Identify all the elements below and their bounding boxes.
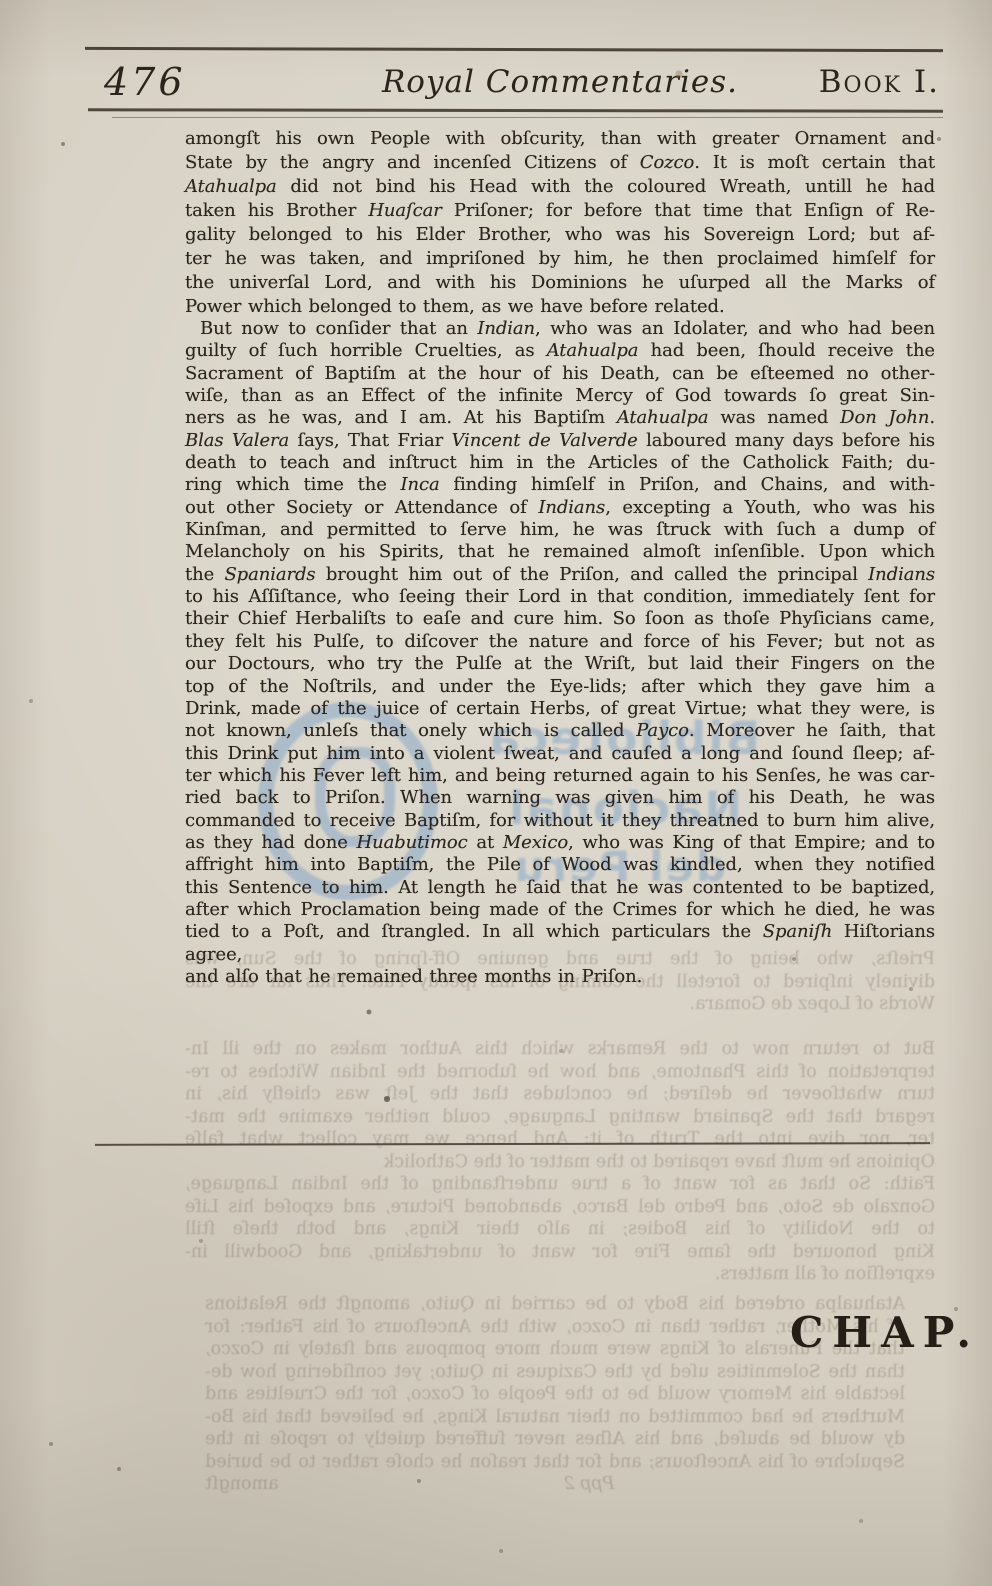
bleedthrough-signature-line: Ppp 2 amongſt bbox=[205, 1473, 905, 1496]
text-line: King honoured the ſame Fire for want of … bbox=[185, 1241, 935, 1264]
text-line: their Chief Herbaliſts to eaſe and cure … bbox=[185, 608, 935, 630]
text-line: ners as he was, and I am. At his Baptiſm… bbox=[185, 407, 935, 429]
bleedthrough-text-upper: Prieſts, who being of the true and genui… bbox=[185, 948, 935, 1286]
text-line: turn whatſoever he deſired; he concludes… bbox=[185, 1083, 935, 1106]
text-line: affright him into Baptiſm, the Pile of W… bbox=[185, 854, 935, 876]
text-line: Sacrament of Baptiſm at the hour of his … bbox=[185, 363, 935, 385]
text-line: amongſt his own People with obſcurity, t… bbox=[185, 127, 935, 151]
text-line: ter, nor dive into the Truth of it: And … bbox=[185, 1128, 935, 1151]
paragraph-1: amongſt his own People with obſcurity, t… bbox=[185, 127, 935, 319]
text-line: Opinions he muſt have repaired to the ma… bbox=[185, 1151, 935, 1174]
chapter-heading: CHAP. bbox=[790, 1308, 980, 1357]
text-line bbox=[185, 1016, 935, 1039]
text-line: and alſo that he remained three months i… bbox=[185, 966, 935, 988]
text-line: this Sentence to him. At length he ſaid … bbox=[185, 877, 935, 899]
text-line: gality belonged to his Elder Brother, wh… bbox=[185, 223, 935, 247]
text-line: guilty of ſuch horrible Cruelties, as At… bbox=[185, 340, 935, 362]
text-line: the univerſal Lord, and with his Dominio… bbox=[185, 271, 935, 295]
text-line: wiſe, than as an Effect of the infinite … bbox=[185, 385, 935, 407]
paragraph-2: But now to conſider that an Indian, who … bbox=[185, 318, 935, 988]
text-line: not known, unleſs that onely which is ca… bbox=[185, 720, 935, 742]
text-line: terpretation of this Phantome, and how h… bbox=[185, 1061, 935, 1084]
text-line: But to return now to the Remarks which t… bbox=[185, 1038, 935, 1061]
text-line: Kinſman, and permitted to ſerve him, he … bbox=[185, 519, 935, 541]
text-line: dy would be abuſed, and his Aſhes never … bbox=[205, 1428, 905, 1451]
text-line: ring which time the Inca finding himſelf… bbox=[185, 474, 935, 496]
text-line: State by the angry and incenſed Citizens… bbox=[185, 151, 935, 175]
spacer bbox=[899, 1473, 905, 1496]
text-line: they felt his Pulſe, to diſcover the nat… bbox=[185, 631, 935, 653]
text-line: taken his Brother Huaſcar Priſoner; for … bbox=[185, 199, 935, 223]
text-line: regard that the Spaniard wanting Languag… bbox=[185, 1106, 935, 1129]
text-line: tied to a Poſt, and ſtrangled. In all wh… bbox=[185, 921, 935, 966]
text-line: Power which belonged to them, as we have… bbox=[185, 295, 935, 319]
book-label: Book I. bbox=[819, 64, 940, 100]
text-line: our Doctours, who try the Pulſe at the W… bbox=[185, 653, 935, 675]
text-line: commanded to receive Baptiſm, for withou… bbox=[185, 810, 935, 832]
header-rule-top bbox=[85, 47, 943, 52]
text-line: expreſſion of all matters. bbox=[185, 1263, 935, 1286]
text-line: out other Society or Attendance of India… bbox=[185, 497, 935, 519]
text-line: after which Proclamation being made of t… bbox=[185, 899, 935, 921]
text-line: Sepulchre of his Anceſtours; and for tha… bbox=[205, 1451, 905, 1474]
text-line: But now to conſider that an Indian, who … bbox=[185, 318, 935, 340]
text-line: Atahualpa did not bind his Head with the… bbox=[185, 175, 935, 199]
catchword: amongſt bbox=[205, 1473, 279, 1496]
text-line: Gonzalo de Soto, and Pedro del Barco, ab… bbox=[185, 1196, 935, 1219]
text-line: the Spaniards brought him out of the Pri… bbox=[185, 564, 935, 586]
text-line: ter which his Fever left him, and being … bbox=[185, 765, 935, 787]
text-line: ried back to Priſon. When warning was gi… bbox=[185, 787, 935, 809]
text-line: as they had done Huabutimoc at Mexico, w… bbox=[185, 832, 935, 854]
text-line: Blas Valera ſays, That Friar Vincent de … bbox=[185, 430, 935, 452]
text-line: to the Nobility of his Bodies; in alſo t… bbox=[185, 1218, 935, 1241]
press-signature: Ppp 2 bbox=[564, 1473, 615, 1496]
page-number: 476 bbox=[104, 60, 186, 104]
text-line: to his Aſſiſtance, who ſeeing their Lord… bbox=[185, 586, 935, 608]
header-rule-bottom bbox=[88, 108, 943, 112]
text-line: Words of Lopez de Gomara. bbox=[185, 993, 935, 1016]
text-line: lectable his Memory would be to the Peop… bbox=[205, 1383, 905, 1406]
text-line: Murthers he had committed on their natur… bbox=[205, 1406, 905, 1429]
text-line: Melancholy on his Spirits, that he remai… bbox=[185, 541, 935, 563]
text-line: top of the Noſtrils, and under the Eye-l… bbox=[185, 676, 935, 698]
text-line: this Drink put him into a violent ſweat,… bbox=[185, 743, 935, 765]
book-page-scan: Prieſts, who being of the true and genui… bbox=[0, 0, 992, 1586]
text-line: Faith: So that as for want of a true und… bbox=[185, 1173, 935, 1196]
header-rule-bottom-echo bbox=[112, 117, 943, 118]
text-line: death to teach and inſtruct him in the A… bbox=[185, 452, 935, 474]
paper-speckles bbox=[0, 0, 2, 2]
text-line: ter he was taken, and impriſoned by him,… bbox=[185, 247, 935, 271]
text-line: Drink, made of the juice of certain Herb… bbox=[185, 698, 935, 720]
text-line: than the Solemnities uſed by the Cazique… bbox=[205, 1361, 905, 1384]
